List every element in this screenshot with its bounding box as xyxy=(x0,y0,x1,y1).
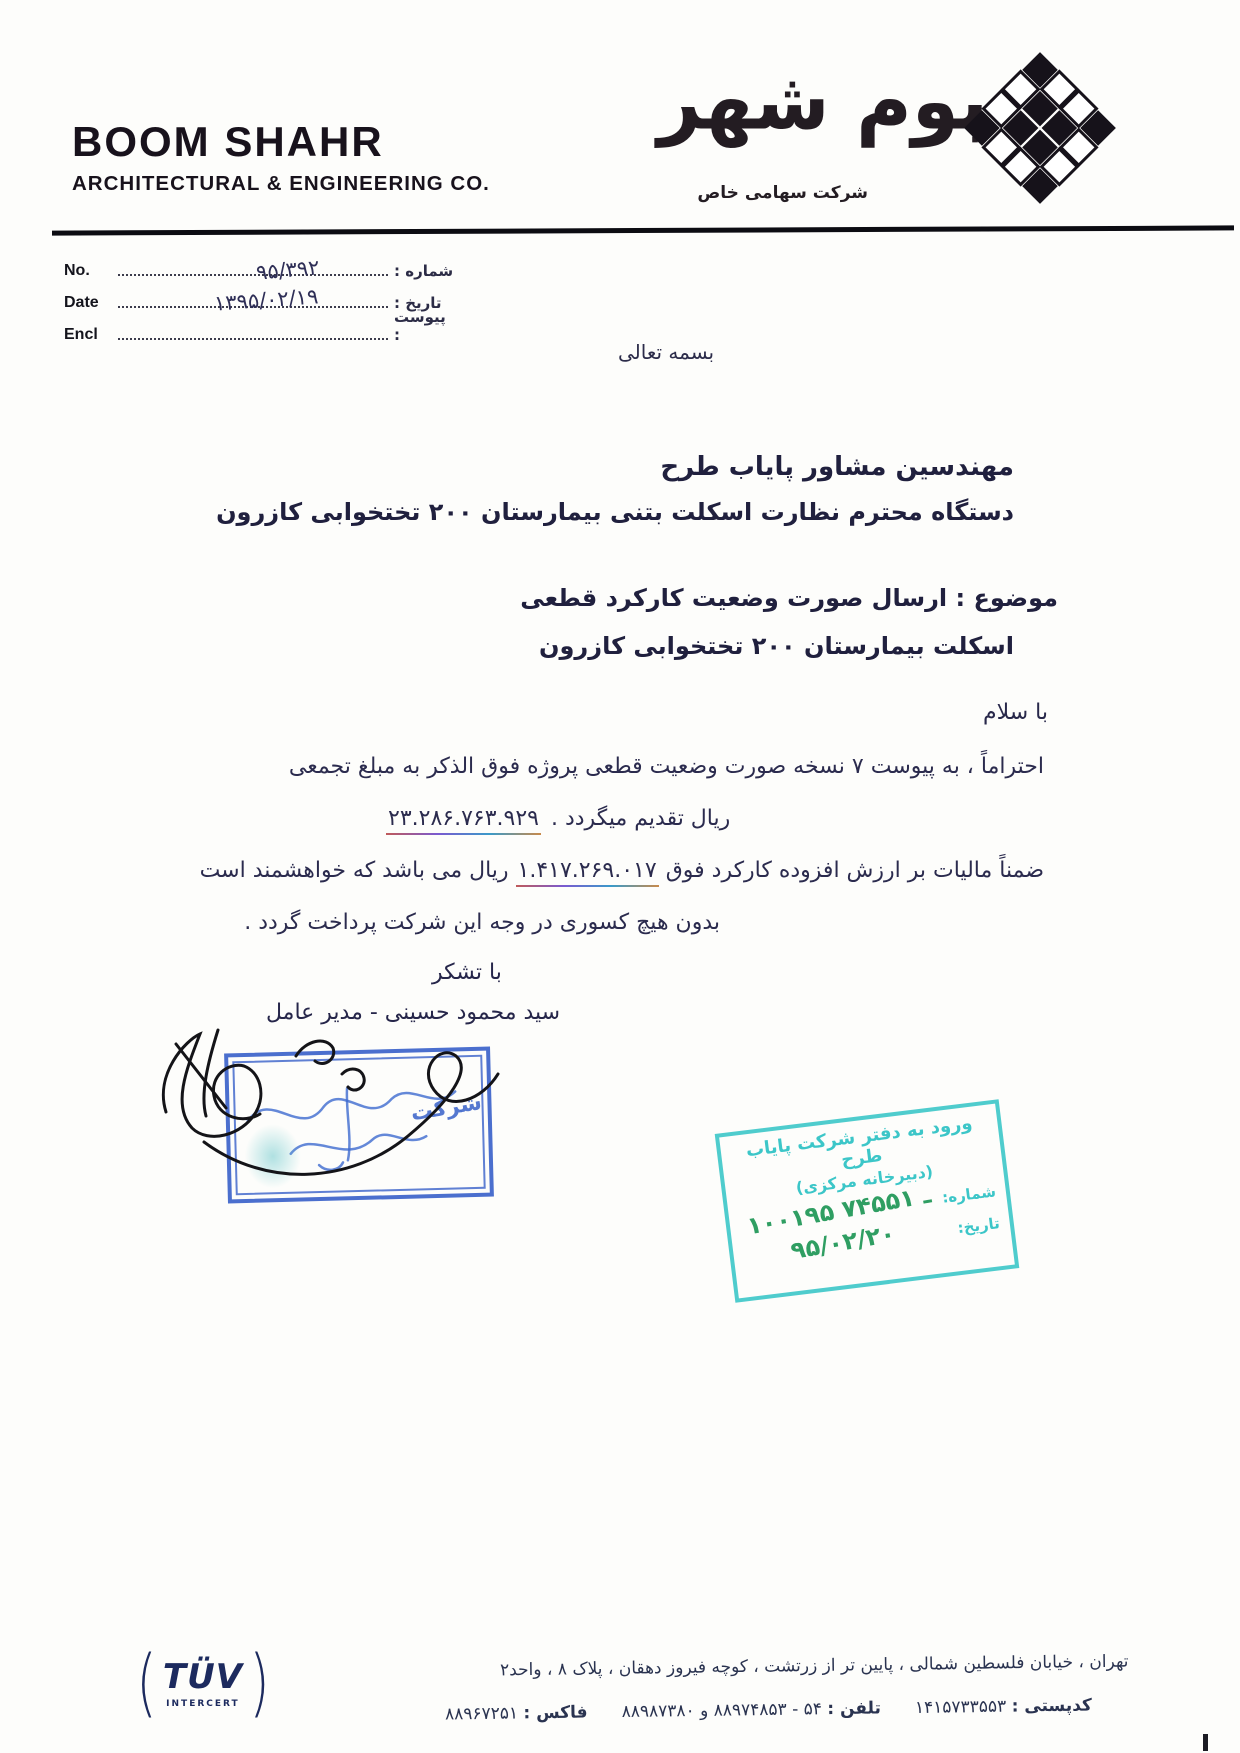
tuv-right-bracket-icon: ) xyxy=(249,1650,269,1717)
recipient-line-2: دستگاه محترم نظارت اسکلت بتنی بیمارستان … xyxy=(216,498,1014,526)
recipient-block: مهندسین مشاور پایاب طرح دستگاه محترم نظا… xyxy=(216,452,1014,526)
ref-encl-label-en: Encl xyxy=(64,326,116,344)
vat-suffix-text: ریال می باشد که خواهشمند است xyxy=(200,858,509,883)
recipient-line-1: مهندسین مشاور پایاب طرح xyxy=(216,452,1014,482)
ref-no-label-en: No. xyxy=(64,262,116,280)
ref-no-label-fa: شماره : xyxy=(394,262,456,280)
scan-artifact xyxy=(1203,1734,1208,1751)
fax-value: ۸۸۹۶۷۲۵۱ xyxy=(445,1703,518,1724)
tuv-left-bracket-icon: ( xyxy=(136,1650,156,1717)
postal-code-item: کدپستی : ۱۴۱۵۷۳۳۵۵۳ xyxy=(915,1695,1092,1717)
closing-thanks: با تشکر xyxy=(432,960,502,985)
phone-item: تلفن : ۵۴ - ۸۸۹۷۴۸۵۳ و ۸۸۹۸۷۳۸۰ xyxy=(622,1698,882,1722)
body-line-2: ریال تقدیم میگردد . ۲۳.۲۸۶.۷۶۳.۹۲۹ xyxy=(386,806,730,835)
salutation-text: با سلام xyxy=(983,700,1048,725)
tuv-logo-text: TÜV xyxy=(163,1657,243,1697)
entry-no-label: شماره: xyxy=(937,1182,997,1207)
vat-amount-value: ۱.۴۱۷.۲۶۹.۰۱۷ xyxy=(516,858,659,887)
body-line-3: ضمناً مالیات بر ارزش افزوده کارکرد فوق ۱… xyxy=(200,858,1044,883)
tuv-intercert-logo: ( TÜV INTERCERT ) xyxy=(132,1650,274,1717)
entry-stamp: ورود به دفتر شرکت پایاب طرح (دبیرخانه مر… xyxy=(715,1099,1020,1303)
letter-page: BOOM SHAHR ARCHITECTURAL & ENGINEERING C… xyxy=(0,0,1240,1753)
phone-label: تلفن : xyxy=(827,1698,881,1719)
company-subtitle-en: ARCHITECTURAL & ENGINEERING CO. xyxy=(72,172,490,196)
ref-encl-row: Encl پیوست : xyxy=(64,312,456,344)
total-amount-value: ۲۳.۲۸۶.۷۶۳.۹۲۹ xyxy=(386,806,541,835)
company-name-fa-calligraphy: بوم شهر xyxy=(657,45,988,157)
vat-prefix-text: ضمناً مالیات بر ارزش افزوده کارکرد فوق xyxy=(666,858,1044,883)
subject-line-1: موضوع : ارسال صورت وضعیت کارکرد قطعی xyxy=(520,584,1058,612)
besmeleh-text: بسمه تعالی xyxy=(618,340,714,364)
header-divider xyxy=(52,225,1234,235)
fax-label: فاکس : xyxy=(523,1703,587,1724)
body-line-4: بدون هیچ کسوری در وجه این شرکت پرداخت گر… xyxy=(244,910,720,935)
dotted-leader-line xyxy=(118,274,388,276)
body-line-1: احتراماً ، به پیوست ۷ نسخه صورت وضعیت قط… xyxy=(289,754,1044,779)
entry-date-label: تاریخ: xyxy=(941,1214,1001,1239)
tuv-logo-subtext: INTERCERT xyxy=(166,1699,240,1709)
subject-line-2: اسکلت بیمارستان ۲۰۰ تختخوابی کازرون xyxy=(520,632,1014,660)
subject-block: موضوع : ارسال صورت وضعیت کارکرد قطعی اسک… xyxy=(520,584,1058,660)
company-name-en: BOOM SHAHR xyxy=(72,118,490,166)
footer-address: تهران ، خیابان فلسطین شمالی ، پایین تر ا… xyxy=(499,1652,1128,1681)
postal-label: کدپستی : xyxy=(1012,1695,1093,1716)
phone-value: ۵۴ - ۸۸۹۷۴۸۵۳ و ۸۸۹۸۷۳۸۰ xyxy=(622,1699,823,1722)
postal-value: ۱۴۱۵۷۳۳۵۵۳ xyxy=(915,1697,1007,1718)
company-logo-diamond-icon xyxy=(960,44,1120,212)
dotted-leader-line xyxy=(118,338,388,340)
company-type-fa: شرکت سهامی خاص xyxy=(697,183,868,203)
managing-director-signature xyxy=(146,1014,520,1202)
ref-date-label-en: Date xyxy=(64,294,116,312)
ref-encl-label-fa: پیوست : xyxy=(394,308,456,344)
company-header-en: BOOM SHAHR ARCHITECTURAL & ENGINEERING C… xyxy=(72,118,490,196)
total-amount-suffix: ریال تقدیم میگردد . xyxy=(551,806,730,835)
fax-item: فاکس : ۸۸۹۶۷۲۵۱ xyxy=(445,1703,588,1725)
footer-contacts: کدپستی : ۱۴۱۵۷۳۳۵۵۳ تلفن : ۵۴ - ۸۸۹۷۴۸۵۳… xyxy=(445,1695,1092,1724)
